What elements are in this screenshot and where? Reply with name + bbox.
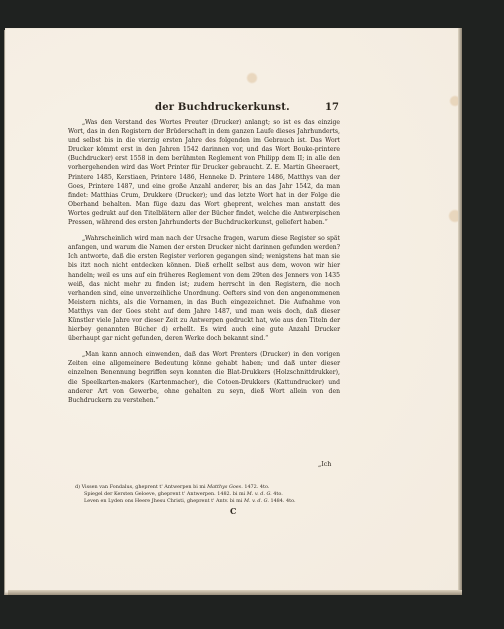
footnote-year: 1484. 4to. — [270, 498, 295, 504]
footnote-printer: Matthys Goes. — [207, 484, 243, 490]
page-edge-bottom — [8, 590, 462, 595]
footnote-title: Leven en Lyden ons Heere Jhesu Christi, … — [84, 498, 242, 504]
footnote-title: Spiegel der Kersten Geloeve, gheprent t'… — [84, 491, 245, 497]
page-edge-right — [458, 28, 462, 595]
paragraph: „Man kann annoch einwenden, daß das Wort… — [68, 350, 340, 405]
paragraph: „Wahrscheinlich wird man nach der Ursach… — [68, 234, 340, 343]
running-head: der Buchdruckerkunst. — [155, 102, 335, 113]
catchword: „Ich — [318, 461, 331, 468]
footnote-line: d) Vissen van Fondalus, gheprent t' Antw… — [75, 484, 345, 491]
footnote-printer: M. v. d. G. — [244, 498, 269, 504]
footnote-year: 4to. — [273, 491, 283, 497]
paragraph: „Was den Verstand des Wortes Preuter (Dr… — [68, 118, 340, 227]
footnotes: d) Vissen van Fondalus, gheprent t' Antw… — [75, 484, 345, 505]
signature-mark: C — [230, 506, 236, 516]
footnote-line: Leven en Lyden ons Heere Jhesu Christi, … — [75, 498, 345, 505]
footnote-title: Vissen van Fondalus, gheprent t' Antwerp… — [82, 484, 206, 490]
footnote-year: 1472. 4to. — [244, 484, 269, 490]
footnote-line: Spiegel der Kersten Geloeve, gheprent t'… — [75, 491, 345, 498]
footnote-marker: d) — [75, 484, 80, 490]
body-text: „Was den Verstand des Wortes Preuter (Dr… — [68, 118, 340, 407]
footnote-printer: M. v. d. G. — [247, 491, 272, 497]
page-number: 17 — [325, 102, 339, 113]
